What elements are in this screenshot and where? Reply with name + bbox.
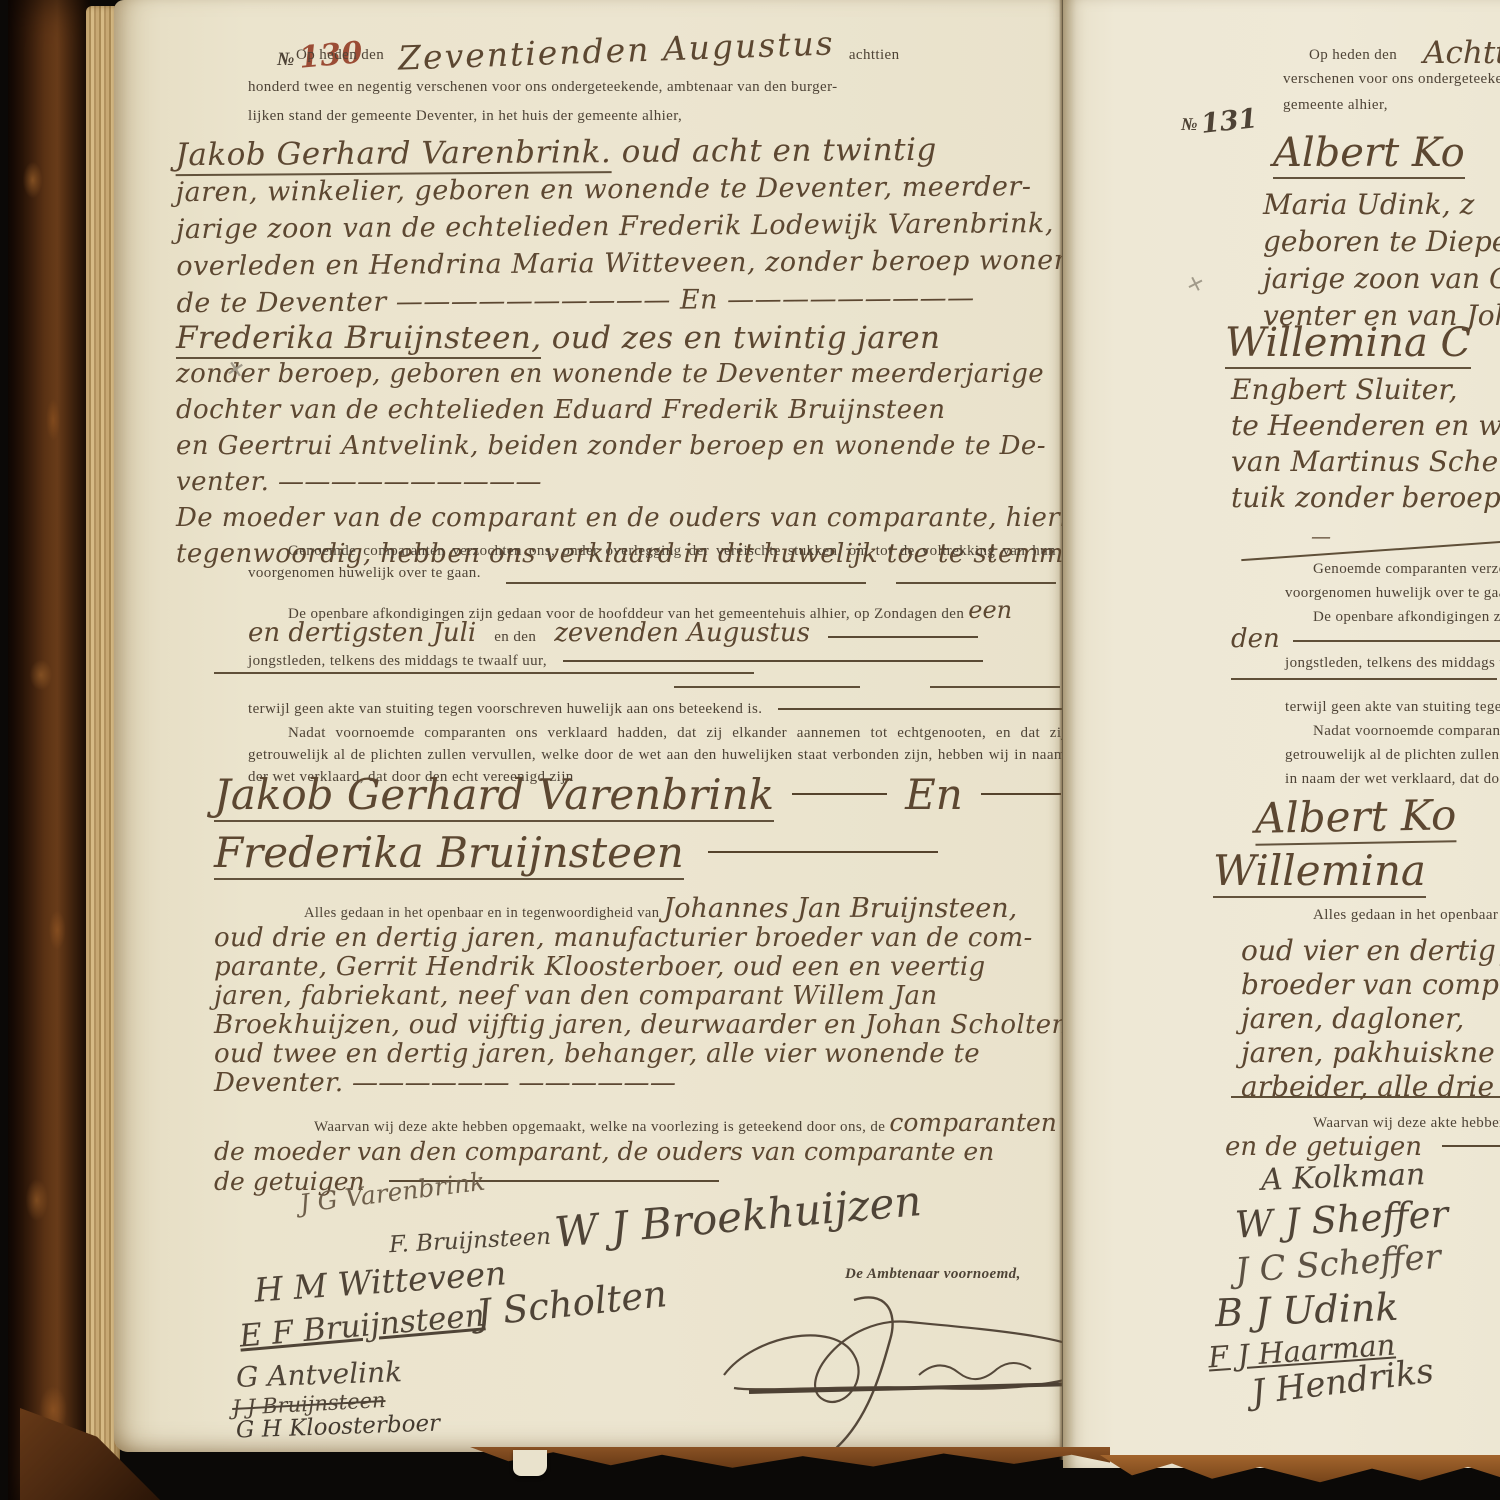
rp-banns-line1: De openbare afkondigingen zijn g xyxy=(1313,606,1500,628)
rp-witness-line: oud vier en dertig j xyxy=(1241,934,1500,968)
torn-page-edge xyxy=(470,1447,1110,1473)
rule xyxy=(778,708,1062,710)
bride-name: Frederika Bruijnsteen, xyxy=(176,320,541,359)
bride-line: De moeder van de comparant en de ouders … xyxy=(176,500,1062,536)
closing-handwritten2: de moeder van den comparant, de ouders v… xyxy=(214,1137,1057,1167)
declared-names-line2: Frederika Bruijnsteen xyxy=(214,828,938,877)
rp-handwritten-line: geboren te Diepenv xyxy=(1263,223,1500,260)
left-page: №130 Op heden den Zeventienden Augustus … xyxy=(114,0,1062,1452)
rp-witnesses-printed: Alles gedaan in het openbaar en xyxy=(1313,904,1500,926)
groom-line: jaren, winkelier, geboren en wonende te … xyxy=(176,168,1062,211)
rp-handwritten-line: Engbert Sluiter, xyxy=(1231,372,1500,408)
no-objection-line: terwijl geen akte van stuiting tegen voo… xyxy=(248,698,1062,720)
rp-consent-line1: Genoemde comparanten verzochte xyxy=(1313,558,1500,580)
rp-vows-line1: Nadat voornoemde comparanten xyxy=(1313,720,1500,742)
intro-line2: honderd twee en negentig verschenen voor… xyxy=(248,76,1062,98)
rp-vows-line3: in naam der wet verklaard, dat door xyxy=(1285,768,1500,790)
rp-banns-line2: jongstleden, telkens des middags te t xyxy=(1285,652,1500,674)
rp-handwritten-line: te Heenderen en won xyxy=(1231,408,1500,444)
closing-handwritten1: comparanten xyxy=(889,1108,1057,1137)
banns-line2: en dertigsten Juli en den zevenden Augus… xyxy=(248,618,1062,648)
rp-banns-handwritten: den xyxy=(1231,624,1280,654)
banns-date2-handwritten: zevenden Augustus xyxy=(554,618,810,648)
rp-intro-line2: verschenen voor ons ondergeteekende xyxy=(1283,68,1500,90)
rp-closing-printed: Waarvan wij deze akte hebben xyxy=(1313,1112,1500,1134)
intro-printed: Op heden den xyxy=(296,44,384,66)
rp-intro-line1: Op heden den Achtt xyxy=(1309,40,1500,66)
rule xyxy=(792,793,887,795)
rp-handwritten-block2: Engbert Sluiter,te Heenderen en wonvan M… xyxy=(1231,372,1500,516)
groom-paragraph: Jakob Gerhard Varenbrink. oud acht en tw… xyxy=(175,131,1062,322)
witness-line: parante, Gerrit Hendrik Kloosterboer, ou… xyxy=(214,953,1062,982)
witnesses-printed-lead: Alles gedaan in het openbaar en in tegen… xyxy=(304,905,659,921)
no-objection-text: terwijl geen akte van stuiting tegen voo… xyxy=(248,701,762,717)
rp-witness-line: arbeider, alle drie w xyxy=(1241,1070,1500,1104)
declared-groom-name: Jakob Gerhard Varenbrink xyxy=(214,770,774,822)
paper-fragment xyxy=(513,1450,547,1476)
torn-page-edge xyxy=(1100,1455,1500,1489)
rule xyxy=(708,851,938,853)
rule xyxy=(981,793,1061,795)
banns-line3-printed: jongstleden, telkens des middags te twaa… xyxy=(248,653,547,669)
rp-no-objection: terwijl geen akte van stuiting tegen xyxy=(1285,696,1500,718)
bride-line: dochter van de echtelieden Eduard Freder… xyxy=(176,392,1062,428)
rp-declared-bride: Willemina xyxy=(1213,846,1426,895)
rp-handwritten-line: jarige zoon van C xyxy=(1263,260,1500,297)
rp-witness-line: jaren, pakhuiskne xyxy=(1241,1036,1500,1070)
groom-line: overleden en Hendrina Maria Witteveen, z… xyxy=(176,242,1062,285)
book-spine-leather xyxy=(8,0,90,1500)
intro-year-word: achttien xyxy=(849,44,900,66)
rp-groom-name: Albert Ko xyxy=(1273,130,1465,176)
rp-witness-line: broeder van compar xyxy=(1241,968,1500,1002)
groom-line: de te Deventer —————————— En ————————— xyxy=(176,279,1062,322)
groom-name: Jakob Gerhard Varenbrink. xyxy=(175,134,611,176)
rule xyxy=(1293,640,1500,642)
witnesses-block: Alles gedaan in het openbaar en in tegen… xyxy=(214,893,1062,1098)
rp-handwritten-line: Maria Udink, z xyxy=(1263,186,1500,223)
rp-record-no-value: 131 xyxy=(1200,103,1259,140)
bride-line: zonder beroep, geboren en wonende te Dev… xyxy=(176,356,1062,392)
rule xyxy=(930,686,1060,688)
witness-lines: oud drie en dertig jaren, manufacturier … xyxy=(214,924,1062,1098)
intro-line3: lijken stand der gemeente Deventer, in h… xyxy=(248,105,1062,127)
rule xyxy=(506,582,866,584)
rp-witness-lines: oud vier en dertig jbroeder van comparja… xyxy=(1241,934,1500,1104)
groom-line: jarige zoon van de echtelieden Frederik … xyxy=(176,205,1062,248)
bride-line: en Geertrui Antvelink, beiden zonder ber… xyxy=(176,428,1062,464)
witness-line: Broekhuijzen, oud vijftig jaren, deurwaa… xyxy=(214,1011,1062,1040)
intro-date-handwritten: Zeventienden Augustus xyxy=(398,28,836,73)
pencil-x-mark: ✕ xyxy=(1184,270,1207,298)
signature-f-bruijnsteen: F. Bruijnsteen xyxy=(388,1224,551,1258)
rule xyxy=(674,686,860,688)
banns-line2-printed: en den xyxy=(494,629,536,645)
intro-block: Op heden den Zeventienden Augustus achtt… xyxy=(248,36,1062,127)
groom-lines: jaren, winkelier, geboren en wonende te … xyxy=(176,168,1062,322)
witness-name-1: Johannes Jan Bruijnsteen, xyxy=(663,893,1017,924)
leather-texture xyxy=(8,0,90,1500)
record-number-131: №131 xyxy=(1181,106,1258,137)
rp-handwritten-block1: Maria Udink, zgeboren te Diepenvjarige z… xyxy=(1263,186,1500,334)
witness-line: Deventer. —————— —————— xyxy=(214,1069,1062,1098)
official-signature-flourish xyxy=(694,1280,1062,1452)
groom-line1-rest: oud acht en twintig xyxy=(622,132,937,170)
rp-handwritten-line: van Martinus Sche xyxy=(1231,444,1500,480)
rp-consent-line2: voorgenomen huwelijk over te gaan. xyxy=(1285,582,1500,604)
closing-printed-lead: Waarvan wij deze akte hebben opgemaakt, … xyxy=(314,1119,885,1135)
rp-witness-line: jaren, dagloner, xyxy=(1241,1002,1500,1036)
declared-bride-name: Frederika Bruijnsteen xyxy=(214,828,684,880)
signature-udink: B J Udink xyxy=(1214,1285,1399,1335)
rule xyxy=(896,582,1056,584)
witness-line: oud drie en dertig jaren, manufacturier … xyxy=(214,924,1062,953)
rp-intro-printed: Op heden den xyxy=(1309,44,1397,66)
rule xyxy=(1442,1145,1500,1147)
bride-line1-rest: oud zes en twintig jaren xyxy=(552,320,941,356)
rp-declared-groom: Albert Ko xyxy=(1255,790,1457,843)
signature-kolkman: A Kolkman xyxy=(1260,1157,1425,1198)
declared-conjunction: En xyxy=(905,770,963,819)
rule xyxy=(1231,678,1497,680)
rp-record-no-label: № xyxy=(1181,114,1197,134)
page-gutter-edge xyxy=(1059,0,1063,1460)
rule xyxy=(828,636,978,638)
witness-line: oud twee en dertig jaren, behanger, alle… xyxy=(214,1040,1062,1069)
bride-paragraph: Frederika Bruijnsteen, oud zes en twinti… xyxy=(176,320,1062,572)
rp-intro-date-handwritten: Achtt xyxy=(1423,40,1500,66)
banns-line3: jongstleden, telkens des middags te twaa… xyxy=(248,650,1062,672)
rule xyxy=(563,660,983,662)
book-scan: №130 Op heden den Zeventienden Augustus … xyxy=(0,0,1500,1500)
declared-names-line1: Jakob Gerhard VarenbrinkEn xyxy=(214,770,1061,819)
rp-vows-line2: getrouwelijk al de plichten zullen v xyxy=(1285,744,1500,766)
bride-line: venter. —————————— xyxy=(176,464,1062,500)
rule xyxy=(214,672,754,674)
rp-dash-mark: — xyxy=(1311,524,1331,548)
consent-paragraph: Genoemde comparanten verzochten ons, ond… xyxy=(248,540,1056,584)
witness-line: jaren, fabriekant, neef van den comparan… xyxy=(214,982,1062,1011)
rp-handwritten-line: tuik zonder beroep. xyxy=(1231,480,1500,516)
rp-closing-handwritten: en de getuigen xyxy=(1225,1132,1500,1162)
banns-date1-handwritten: en dertigsten Juli xyxy=(248,618,476,648)
right-page: Op heden den Achtt verschenen voor ons o… xyxy=(1063,0,1500,1468)
rp-bride-name: Willemina C xyxy=(1225,320,1471,366)
rule xyxy=(1231,1096,1500,1098)
rp-intro-line3: gemeente alhier, xyxy=(1283,94,1388,116)
